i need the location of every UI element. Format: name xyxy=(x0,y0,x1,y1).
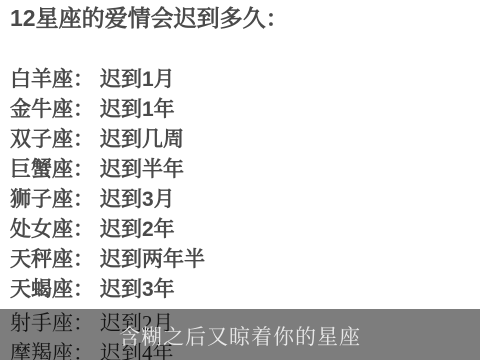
zodiac-sign-label: 巨蟹座： xyxy=(10,153,100,183)
zodiac-sign-label: 天秤座： xyxy=(10,243,100,273)
zodiac-delay-value: 迟到两年半 xyxy=(100,243,205,273)
zodiac-sign-label: 白羊座： xyxy=(10,63,100,93)
caption-text: 含糊之后又晾着你的星座 xyxy=(119,321,361,351)
zodiac-row: 天秤座： 迟到两年半 xyxy=(10,243,472,273)
zodiac-row: 双子座： 迟到几周 xyxy=(10,123,472,153)
caption-overlay: 含糊之后又晾着你的星座 xyxy=(0,309,480,360)
zodiac-row: 白羊座： 迟到1月 xyxy=(10,63,472,93)
zodiac-row: 天蝎座： 迟到3年 xyxy=(10,273,472,303)
zodiac-row: 金牛座： 迟到1年 xyxy=(10,93,472,123)
zodiac-row: 狮子座： 迟到3月 xyxy=(10,183,472,213)
zodiac-delay-value: 迟到几周 xyxy=(100,123,184,153)
zodiac-late-love-card: 12星座的爱情会迟到多久： 白羊座： 迟到1月 金牛座： 迟到1年 双子座： 迟… xyxy=(0,0,480,360)
zodiac-delay-value: 迟到1年 xyxy=(100,93,175,123)
zodiac-delay-value: 迟到3月 xyxy=(100,183,175,213)
zodiac-row: 处女座： 迟到2年 xyxy=(10,213,472,243)
zodiac-delay-value: 迟到半年 xyxy=(100,153,184,183)
page-title: 12星座的爱情会迟到多久： xyxy=(10,5,289,32)
zodiac-delay-value: 迟到2年 xyxy=(100,213,175,243)
zodiac-sign-label: 金牛座： xyxy=(10,93,100,123)
zodiac-sign-label: 双子座： xyxy=(10,123,100,153)
zodiac-sign-label: 狮子座： xyxy=(10,183,100,213)
zodiac-delay-value: 迟到3年 xyxy=(100,273,175,303)
zodiac-delay-value: 迟到1月 xyxy=(100,63,175,93)
zodiac-sign-label: 天蝎座： xyxy=(10,273,100,303)
zodiac-row: 巨蟹座： 迟到半年 xyxy=(10,153,472,183)
zodiac-sign-label: 处女座： xyxy=(10,213,100,243)
